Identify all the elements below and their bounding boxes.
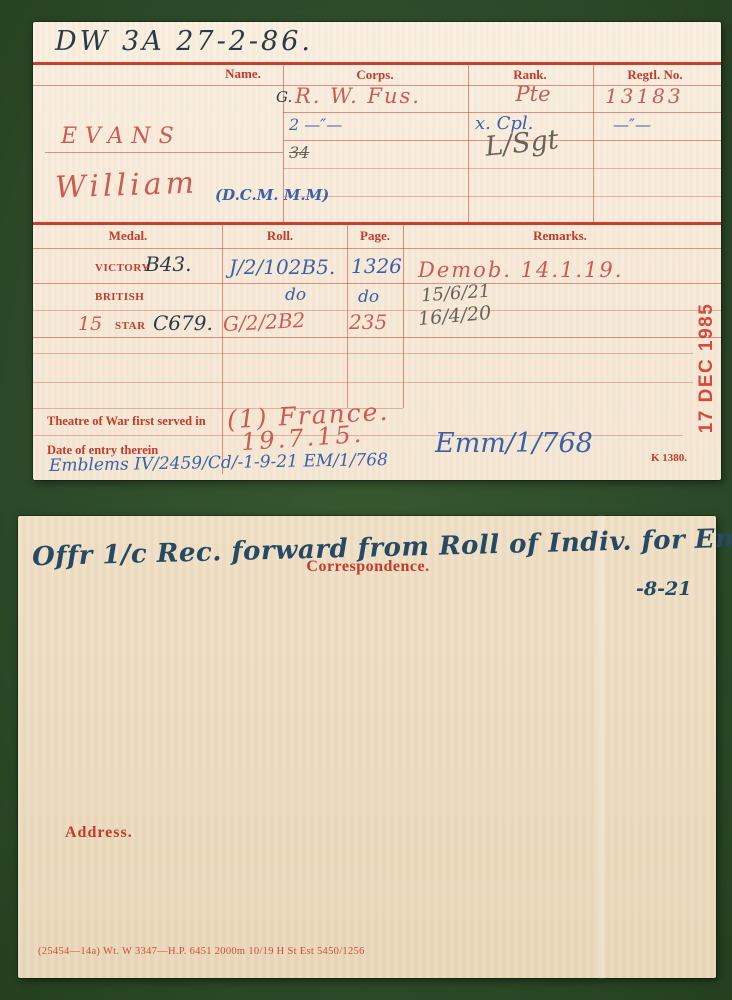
medal-table-header-remarks: Remarks. <box>470 228 650 244</box>
medal-table-header-medal: Medal. <box>78 228 178 244</box>
medal-prefix-star: 15 <box>78 313 102 335</box>
roll-entry-british: do <box>285 285 306 305</box>
emblem-ref: Emm/1/768 <box>435 428 593 459</box>
rule-row-star <box>33 337 721 338</box>
scan-background: DW 3A 27-2-86. Name. Corps. Rank. Regtl.… <box>0 0 732 1000</box>
rank-entry-3: L/Sgt <box>484 124 561 163</box>
rule-service-4 <box>283 196 721 197</box>
rank-entry-1: Pte <box>483 82 583 106</box>
surname-entry: EVANS <box>61 124 182 149</box>
column-header-name: Name. <box>183 66 303 82</box>
docket-note: DW 3A 27-2-86. <box>55 26 313 57</box>
roll-entry-victory: J/2/102B5. <box>229 255 335 279</box>
regtl-no-entry-2: —″— <box>613 115 651 134</box>
rule-service-3 <box>283 168 721 169</box>
card-fold-crease <box>598 516 604 978</box>
medal-index-card-front: DW 3A 27-2-86. Name. Corps. Rank. Regtl.… <box>33 22 721 480</box>
page-entry-victory: 1326 <box>351 254 402 278</box>
form-print-line: (25454—14a) Wt. W 3347—H.P. 6451 2000m 1… <box>38 946 365 957</box>
rule-row-victory <box>33 283 721 284</box>
rule-top <box>33 62 721 65</box>
column-header-regtl-no: Regtl. No. <box>595 67 715 83</box>
remark-entry-star: 16/4/20 <box>417 302 492 330</box>
medal-table-header-roll: Roll. <box>230 228 330 244</box>
corps-entry-1: R. W. Fus. <box>295 84 421 108</box>
form-ref: K 1380. <box>651 452 687 464</box>
date-stamp: 17 DEC 1985 <box>696 298 718 438</box>
column-header-corps: Corps. <box>315 67 435 83</box>
roll-entry-star: G/2/2B2 <box>222 308 305 336</box>
column-header-rank: Rank. <box>470 67 590 83</box>
theatre-of-war-label: Theatre of War first served in <box>47 414 206 429</box>
medal-label-british: BRITISH <box>95 291 144 303</box>
address-label: Address. <box>65 824 133 842</box>
page-entry-star: 235 <box>349 310 387 334</box>
remark-entry-victory: Demob. 14.1.19. <box>418 258 623 282</box>
medal-label-victory: VICTORY <box>95 262 150 274</box>
rule-section-divider <box>33 222 721 225</box>
divider-corps-rank <box>468 62 469 222</box>
decorations-entry: (D.C.M. M.M) <box>215 186 329 204</box>
divider-page-remarks <box>403 222 404 408</box>
rule-blank-2 <box>33 382 693 383</box>
corps-entry-2: 2 —″— <box>289 115 342 134</box>
medal-note-victory: B43. <box>145 252 192 276</box>
regtl-no-entry-1: 13183 <box>605 84 684 108</box>
medal-note-star: C679. <box>153 311 213 335</box>
medal-label-star: STAR <box>115 320 146 332</box>
corps-entry-3-struck: 34 <box>289 143 309 162</box>
handwritten-note-date: -8-21 <box>636 578 691 600</box>
divider-rank-regtl <box>593 62 594 222</box>
rule-medal-header <box>33 248 721 249</box>
page-entry-british: do <box>358 287 379 307</box>
corps-prefix-entry: G. <box>276 88 292 106</box>
medal-index-card-back: Correspondence. Offr 1/c Rec. forward fr… <box>18 516 716 978</box>
divider-roll-page <box>347 222 348 408</box>
rule-surname <box>45 152 283 153</box>
rule-blank-1 <box>33 353 693 354</box>
forename-entry: William <box>54 166 198 206</box>
